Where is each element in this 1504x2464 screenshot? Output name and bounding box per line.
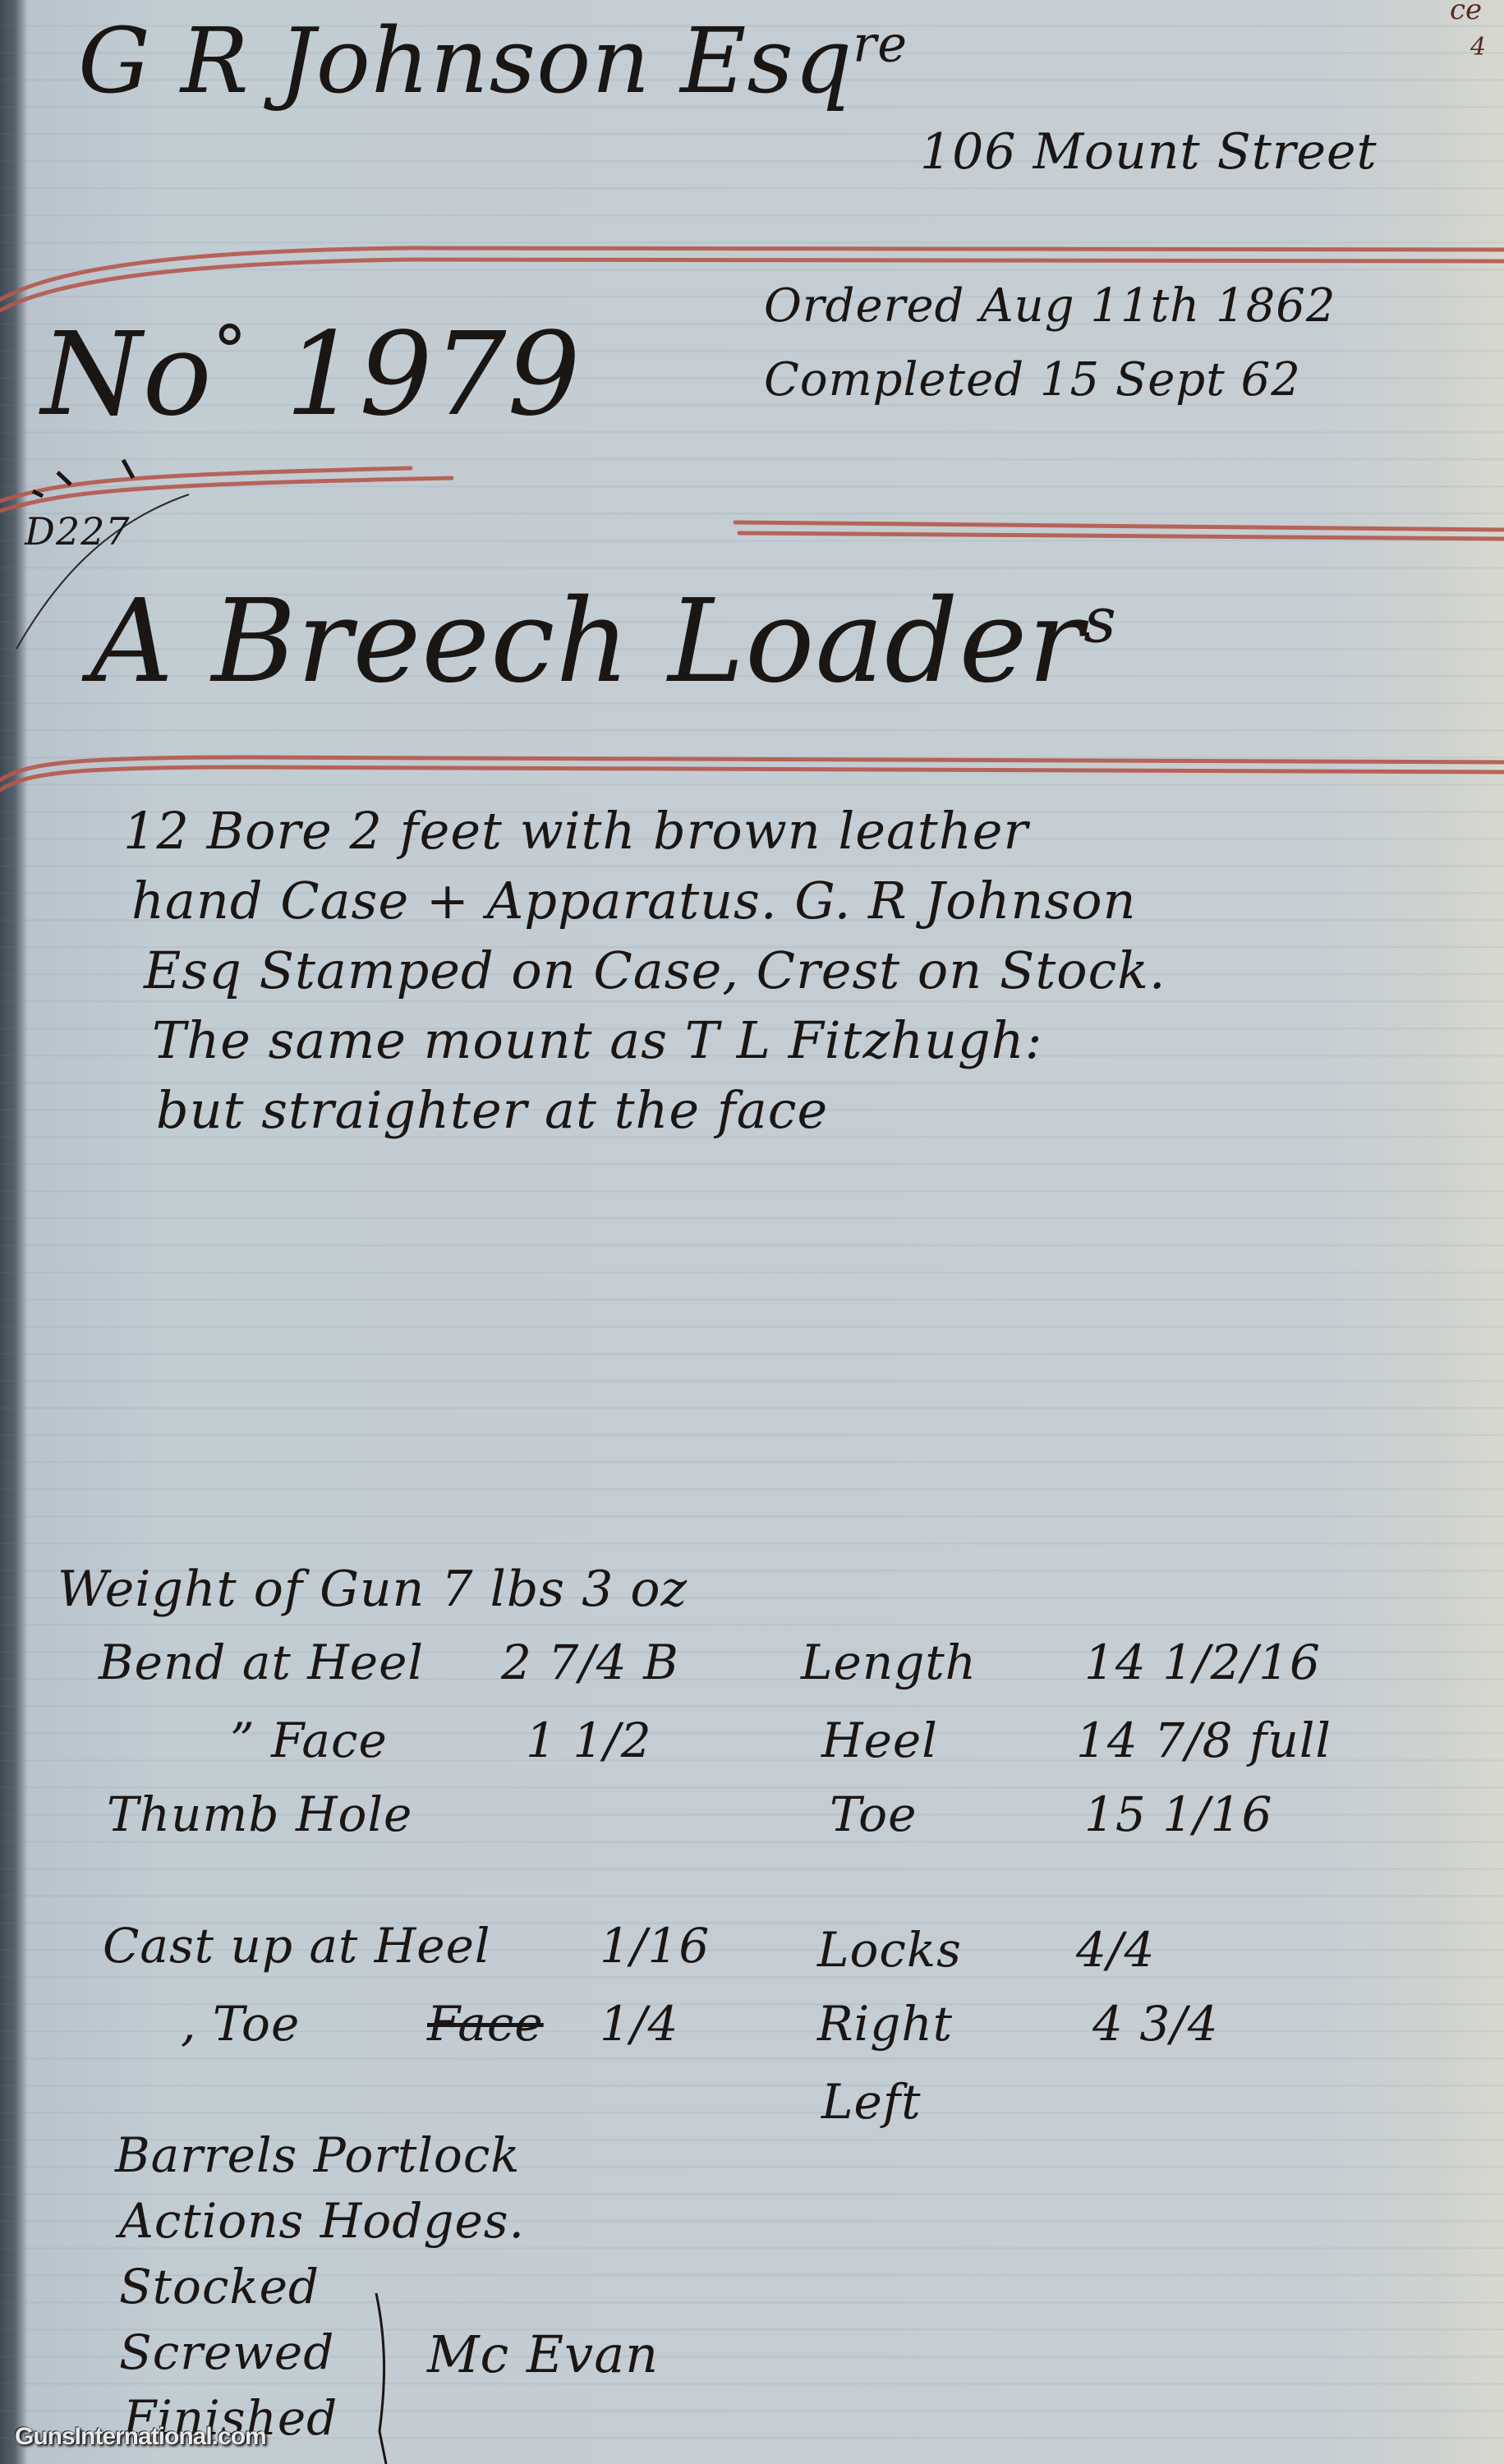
struck-text: Face [427,1996,544,2052]
measure-value: 14 7/8 full [1076,1712,1332,1768]
corner-mark-1: ce [1450,0,1482,26]
measure-value-text: 14 7/8 full [1076,1712,1332,1768]
rule-title-2 [0,767,1504,790]
measure-label-text: Cast up at Heel [103,1918,491,1974]
measure-label: Thumb Hole [107,1786,412,1842]
workman-line: Stocked [119,2259,320,2315]
completed-date: Completed 15 Sept 62 [764,353,1301,407]
measure-value-text: 15 1/16 [1084,1786,1272,1842]
struck-text-value: Face [427,1996,544,2052]
rule-number-1 [0,468,411,501]
measure-label: Heel [821,1712,938,1768]
measure-value-text: 4/4 [1076,1922,1155,1978]
workman-line: Actions Hodges. [119,2193,525,2249]
measure-label: ” Face [230,1712,388,1768]
description-line: 12 Bore 2 feet with brown leather [123,801,1028,861]
gun-weight: Weight of Gun 7 lbs 3 oz [57,1561,688,1618]
measure-label-text: Left [821,2074,922,2130]
margin-reference: D227 [25,509,131,554]
measure-label: Locks [817,1922,962,1978]
measure-label-text: Heel [821,1712,938,1768]
measure-label: Bend at Heel [99,1634,424,1690]
description-line-text: 12 Bore 2 feet with brown leather [123,801,1028,861]
description-line: hand Case + Apparatus. G. R Johnson [131,871,1137,931]
entry-title: A Breech Loaders [90,575,1117,709]
customer-address-text: 106 Mount Street [920,123,1378,181]
measure-label: Left [821,2074,922,2130]
rule-dates-2 [739,533,1504,539]
measure-label-text: Thumb Hole [107,1786,412,1842]
rule-title-1 [0,757,1504,780]
gun-weight-text: Weight of Gun 7 lbs 3 oz [57,1561,688,1618]
watermark: GunsInternational.com [15,2423,266,2451]
measure-value-text: 1 1/2 [526,1712,652,1768]
customer-name-suffix: re [853,16,908,73]
description-line-text: hand Case + Apparatus. G. R Johnson [131,871,1137,931]
description-line: but straighter at the face [156,1080,828,1140]
measure-value: 2 7/4 B [501,1634,679,1690]
measure-value: 1/4 [600,1996,678,2052]
measure-value-text: 1/4 [600,1996,678,2052]
measure-value-text: 14 1/2/16 [1084,1634,1321,1690]
workman-line-text: Barrels Portlock [115,2127,520,2183]
measure-label: Right [817,1996,953,2052]
workman-bracket-name-text: Mc Evan [427,2324,659,2384]
measure-value: 1 1/2 [526,1712,652,1768]
description-line-text: The same mount as T L Fitzhugh: [152,1010,1043,1070]
customer-name: G R Johnson Esqre [78,8,908,113]
measure-label-text: ” Face [230,1712,388,1768]
workman-line: Barrels Portlock [115,2127,520,2183]
description-line: Esq Stamped on Case, Crest on Stock. [144,940,1166,1000]
ordered-date-text: Ordered Aug 11th 1862 [764,279,1336,333]
corner-mark-2: 4 [1470,33,1486,62]
measure-label-text: Locks [817,1922,962,1978]
completed-date-text: Completed 15 Sept 62 [764,353,1301,407]
description-line-text: but straighter at the face [156,1080,828,1140]
measure-value-text: 1/16 [600,1918,710,1974]
measure-label-text: Length [801,1634,977,1690]
measure-label-text: Bend at Heel [99,1634,424,1690]
measure-value-text: 2 7/4 B [501,1634,679,1690]
customer-address: 106 Mount Street [920,123,1378,181]
measure-label: Cast up at Heel [103,1918,491,1974]
entry-title-text: A Breech Loader [90,575,1083,709]
measure-value: 14 1/2/16 [1084,1634,1321,1690]
measure-label-text: Right [817,1996,953,2052]
measure-label-text: Toe [830,1786,917,1842]
measure-value: 15 1/16 [1084,1786,1272,1842]
measure-value: 4/4 [1076,1922,1155,1978]
entry-title-suffix: s [1083,584,1117,657]
corner-note: ce [1450,0,1482,26]
customer-name-text: G R Johnson Esq [78,8,853,113]
measure-label: Toe [830,1786,917,1842]
entry-number-prefix: No [41,308,213,442]
workman-line-text: Screwed [119,2324,334,2380]
measure-label-text: , Toe [181,1996,300,2052]
workman-line-text: Actions Hodges. [119,2193,525,2249]
entry-number-value: 1979 [285,308,581,442]
measure-value: 4 3/4 [1092,1996,1219,2052]
corner-note-2: 4 [1470,33,1486,62]
measure-label: Length [801,1634,977,1690]
workman-line: Screwed [119,2324,334,2380]
rule-number-2 [0,478,452,511]
entry-number: No° 1979 [41,308,582,442]
workman-bracket-name: Mc Evan [427,2324,659,2384]
margin-reference-text: D227 [25,509,131,554]
ordered-date: Ordered Aug 11th 1862 [764,279,1336,333]
rule-dates-1 [735,522,1504,530]
description-line-text: Esq Stamped on Case, Crest on Stock. [144,940,1166,1000]
workman-line-text: Stocked [119,2259,320,2315]
watermark-text: GunsInternational.com [15,2423,266,2450]
description-line: The same mount as T L Fitzhugh: [152,1010,1043,1070]
measure-value: 1/16 [600,1918,710,1974]
measure-label: , Toe [181,1996,300,2052]
measure-value-text: 4 3/4 [1092,1996,1219,2052]
